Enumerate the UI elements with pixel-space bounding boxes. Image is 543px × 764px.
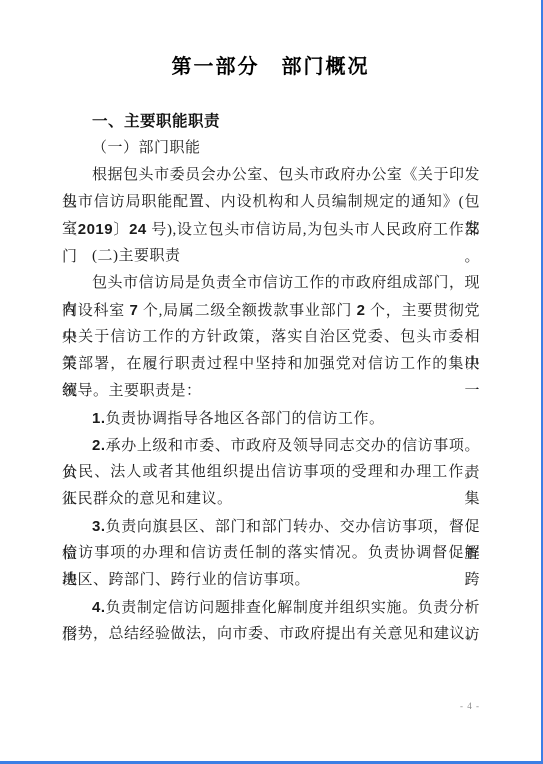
body-line: 内设科室 7 个,局属二级全额拨款事业部门 2 个，主要贯彻党中 bbox=[62, 297, 480, 324]
body-line: 央关于信访工作的方针政策，落实自治区党委、包头市委相关决 bbox=[62, 324, 480, 351]
document-page: 第一部分 部门概况 一、主要职能职责 （一）部门职能 根据包头市委员会办公室、包… bbox=[0, 0, 543, 764]
body-line: 公民、法人或者其他组织提出信访事项的受理和办理工作。征集 bbox=[62, 459, 480, 486]
page-number: - 4 - bbox=[455, 701, 485, 711]
body-line: 4.负责制定信访问题排查化解制度并组织实施。负责分析信访 bbox=[62, 594, 480, 621]
body-line: 策部署，在履行职责过程中坚持和加强党对信访工作的集中统一 bbox=[62, 351, 480, 378]
heading-main-duties: 一、主要职能职责 bbox=[62, 108, 480, 135]
body-line: 1.负责协调指导各地区各部门的信访工作。 bbox=[62, 405, 480, 432]
body-line: 〔2019〕24 号),设立包头市信访局,为包头市人民政府工作部门。 bbox=[62, 216, 480, 243]
document-body: 一、主要职能职责 （一）部门职能 根据包头市委员会办公室、包头市政府办公室《关于… bbox=[62, 108, 480, 648]
body-line: 头市信访局职能配置、内设机构和人员编制规定的通知》(包室发 bbox=[62, 189, 480, 216]
body-line: 2.承办上级和市委、市政府及领导同志交办的信访事项。负责 bbox=[62, 432, 480, 459]
document-title: 第一部分 部门概况 bbox=[60, 50, 481, 79]
body-line: 形势，总结经验做法，向市委、市政府提出有关意见和建议。 bbox=[62, 621, 480, 648]
body-line: 信访事项的办理和信访责任制的落实情况。负责协调督促解决跨 bbox=[62, 540, 480, 567]
body-line: 包头市信访局是负责全市信访工作的市政府组成部门，现有 bbox=[62, 270, 480, 297]
subheading-department-functions: （一）部门职能 bbox=[62, 135, 480, 162]
body-line: 3.负责向旗县区、部门和部门转办、交办信访事项，督促检查 bbox=[62, 513, 480, 540]
body-line: 根据包头市委员会办公室、包头市政府办公室《关于印发包 bbox=[62, 162, 480, 189]
